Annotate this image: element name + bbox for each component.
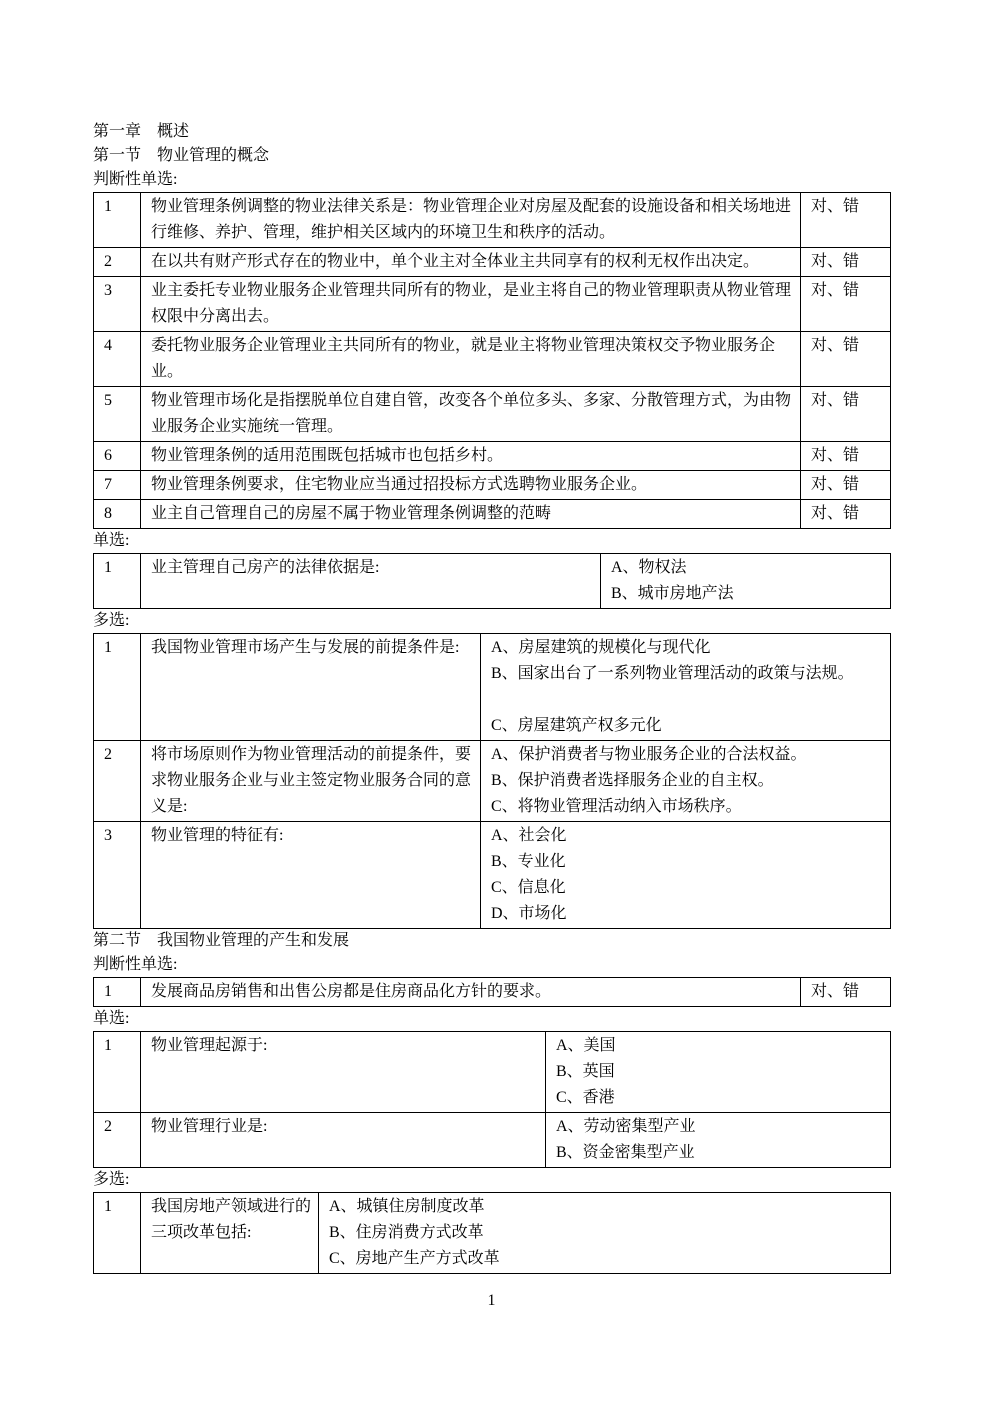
- s2-single-table: 1 物业管理起源于: A、美国 B、英国 C、香港 2 物业管理行业是: A、劳…: [93, 1031, 891, 1168]
- s2-multi-label: 多选:: [93, 1168, 890, 1192]
- options-cell: A、房屋建筑的规模化与现代化 B、国家出台了一系列物业管理活动的政策与法规。 C…: [481, 634, 891, 741]
- page-number: 1: [93, 1290, 890, 1312]
- option-line: A、劳动密集型产业: [556, 1114, 886, 1140]
- option-line: B、住房消费方式改革: [329, 1220, 886, 1246]
- option-line: [491, 687, 886, 713]
- option-line: A、城镇住房制度改革: [329, 1194, 886, 1220]
- answer-cell: 对、错: [801, 471, 891, 500]
- question-cell: 发展商品房销售和出售公房都是住房商品化方针的要求。: [141, 978, 801, 1007]
- option-line: A、保护消费者与物业服务企业的合法权益。: [491, 742, 886, 768]
- options-cell: A、劳动密集型产业 B、资金密集型产业: [546, 1113, 891, 1168]
- row-number: 8: [94, 500, 141, 529]
- options-cell: A、物权法 B、城市房地产法: [601, 554, 891, 609]
- question-cell: 委托物业服务企业管理业主共同所有的物业，就是业主将物业管理决策权交予物业服务企业…: [141, 332, 801, 387]
- row-number: 3: [94, 277, 141, 332]
- table-row: 1 物业管理起源于: A、美国 B、英国 C、香港: [94, 1032, 891, 1113]
- row-number: 1: [94, 634, 141, 741]
- question-cell: 将市场原则作为物业管理活动的前提条件，要求物业服务企业与业主签定物业服务合同的意…: [141, 741, 481, 822]
- option-line: A、美国: [556, 1033, 886, 1059]
- question-cell: 业主委托专业物业服务企业管理共同所有的物业，是业主将自己的物业管理职责从物业管理…: [141, 277, 801, 332]
- option-line: B、资金密集型产业: [556, 1140, 886, 1166]
- answer-cell: 对、错: [801, 500, 891, 529]
- table-row: 6 物业管理条例的适用范围既包括城市也包括乡村。 对、错: [94, 442, 891, 471]
- options-cell: A、美国 B、英国 C、香港: [546, 1032, 891, 1113]
- question-cell: 物业管理市场化是指摆脱单位自建自管，改变各个单位多头、多家、分散管理方式，为由物…: [141, 387, 801, 442]
- s2-judge-table: 1 发展商品房销售和出售公房都是住房商品化方针的要求。 对、错: [93, 977, 891, 1007]
- option-line: B、专业化: [491, 849, 886, 875]
- row-number: 5: [94, 387, 141, 442]
- s1-judge-label: 判断性单选:: [93, 168, 890, 192]
- table-row: 2 将市场原则作为物业管理活动的前提条件，要求物业服务企业与业主签定物业服务合同…: [94, 741, 891, 822]
- options-cell: A、城镇住房制度改革 B、住房消费方式改革 C、房地产生产方式改革: [319, 1193, 891, 1274]
- answer-cell: 对、错: [801, 193, 891, 248]
- option-line: C、将物业管理活动纳入市场秩序。: [491, 794, 886, 820]
- row-number: 1: [94, 554, 141, 609]
- option-line: B、英国: [556, 1059, 886, 1085]
- document-page: 第一章 概述 第一节 物业管理的概念 判断性单选: 1 物业管理条例调整的物业法…: [0, 0, 993, 1404]
- row-number: 4: [94, 332, 141, 387]
- question-cell: 我国物业管理市场产生与发展的前提条件是:: [141, 634, 481, 741]
- option-line: C、信息化: [491, 875, 886, 901]
- option-line: B、城市房地产法: [611, 581, 886, 607]
- option-line: A、物权法: [611, 555, 886, 581]
- answer-cell: 对、错: [801, 332, 891, 387]
- answer-cell: 对、错: [801, 387, 891, 442]
- row-number: 7: [94, 471, 141, 500]
- question-cell: 在以共有财产形式存在的物业中，单个业主对全体业主共同享有的权利无权作出决定。: [141, 248, 801, 277]
- row-number: 1: [94, 978, 141, 1007]
- table-row: 2 物业管理行业是: A、劳动密集型产业 B、资金密集型产业: [94, 1113, 891, 1168]
- question-cell: 物业管理的特征有:: [141, 822, 481, 929]
- answer-cell: 对、错: [801, 442, 891, 471]
- row-number: 6: [94, 442, 141, 471]
- answer-cell: 对、错: [801, 978, 891, 1007]
- question-cell: 物业管理行业是:: [141, 1113, 546, 1168]
- chapter-heading: 第一章 概述: [93, 120, 890, 144]
- table-row: 2 在以共有财产形式存在的物业中，单个业主对全体业主共同享有的权利无权作出决定。…: [94, 248, 891, 277]
- option-line: C、房屋建筑产权多元化: [491, 713, 886, 739]
- option-line: A、房屋建筑的规模化与现代化: [491, 635, 886, 661]
- table-row: 1 物业管理条例调整的物业法律关系是：物业管理企业对房屋及配套的设施设备和相关场…: [94, 193, 891, 248]
- options-cell: A、社会化 B、专业化 C、信息化 D、市场化: [481, 822, 891, 929]
- row-number: 1: [94, 1032, 141, 1113]
- s1-single-table: 1 业主管理自己房产的法律依据是: A、物权法 B、城市房地产法: [93, 553, 891, 609]
- question-cell: 我国房地产领域进行的三项改革包括:: [141, 1193, 319, 1274]
- option-line: D、市场化: [491, 901, 886, 927]
- options-cell: A、保护消费者与物业服务企业的合法权益。 B、保护消费者选择服务企业的自主权。 …: [481, 741, 891, 822]
- row-number: 2: [94, 1113, 141, 1168]
- table-row: 4 委托物业服务企业管理业主共同所有的物业，就是业主将物业管理决策权交予物业服务…: [94, 332, 891, 387]
- table-row: 5 物业管理市场化是指摆脱单位自建自管，改变各个单位多头、多家、分散管理方式，为…: [94, 387, 891, 442]
- question-cell: 业主管理自己房产的法律依据是:: [141, 554, 601, 609]
- s1-single-label: 单选:: [93, 529, 890, 553]
- table-row: 3 业主委托专业物业服务企业管理共同所有的物业，是业主将自己的物业管理职责从物业…: [94, 277, 891, 332]
- option-line: C、香港: [556, 1085, 886, 1111]
- table-row: 8 业主自己管理自己的房屋不属于物业管理条例调整的范畴 对、错: [94, 500, 891, 529]
- table-row: 3 物业管理的特征有: A、社会化 B、专业化 C、信息化 D、市场化: [94, 822, 891, 929]
- table-row: 1 我国房地产领域进行的三项改革包括: A、城镇住房制度改革 B、住房消费方式改…: [94, 1193, 891, 1274]
- table-row: 1 发展商品房销售和出售公房都是住房商品化方针的要求。 对、错: [94, 978, 891, 1007]
- question-cell: 物业管理条例要求，住宅物业应当通过招投标方式选聘物业服务企业。: [141, 471, 801, 500]
- table-row: 1 业主管理自己房产的法律依据是: A、物权法 B、城市房地产法: [94, 554, 891, 609]
- option-line: B、国家出台了一系列物业管理活动的政策与法规。: [491, 661, 886, 687]
- question-cell: 业主自己管理自己的房屋不属于物业管理条例调整的范畴: [141, 500, 801, 529]
- s2-judge-label: 判断性单选:: [93, 953, 890, 977]
- table-row: 1 我国物业管理市场产生与发展的前提条件是: A、房屋建筑的规模化与现代化 B、…: [94, 634, 891, 741]
- option-line: C、房地产生产方式改革: [329, 1246, 886, 1272]
- question-cell: 物业管理起源于:: [141, 1032, 546, 1113]
- question-cell: 物业管理条例的适用范围既包括城市也包括乡村。: [141, 442, 801, 471]
- row-number: 2: [94, 248, 141, 277]
- option-line: A、社会化: [491, 823, 886, 849]
- section1-heading: 第一节 物业管理的概念: [93, 144, 890, 168]
- s2-single-label: 单选:: [93, 1007, 890, 1031]
- row-number: 1: [94, 1193, 141, 1274]
- s1-judge-table: 1 物业管理条例调整的物业法律关系是：物业管理企业对房屋及配套的设施设备和相关场…: [93, 192, 891, 529]
- row-number: 3: [94, 822, 141, 929]
- row-number: 2: [94, 741, 141, 822]
- question-cell: 物业管理条例调整的物业法律关系是：物业管理企业对房屋及配套的设施设备和相关场地进…: [141, 193, 801, 248]
- answer-cell: 对、错: [801, 248, 891, 277]
- s1-multi-table: 1 我国物业管理市场产生与发展的前提条件是: A、房屋建筑的规模化与现代化 B、…: [93, 633, 891, 929]
- answer-cell: 对、错: [801, 277, 891, 332]
- row-number: 1: [94, 193, 141, 248]
- table-row: 7 物业管理条例要求，住宅物业应当通过招投标方式选聘物业服务企业。 对、错: [94, 471, 891, 500]
- section2-heading: 第二节 我国物业管理的产生和发展: [93, 929, 890, 953]
- s2-multi-table: 1 我国房地产领域进行的三项改革包括: A、城镇住房制度改革 B、住房消费方式改…: [93, 1192, 891, 1274]
- s1-multi-label: 多选:: [93, 609, 890, 633]
- option-line: B、保护消费者选择服务企业的自主权。: [491, 768, 886, 794]
